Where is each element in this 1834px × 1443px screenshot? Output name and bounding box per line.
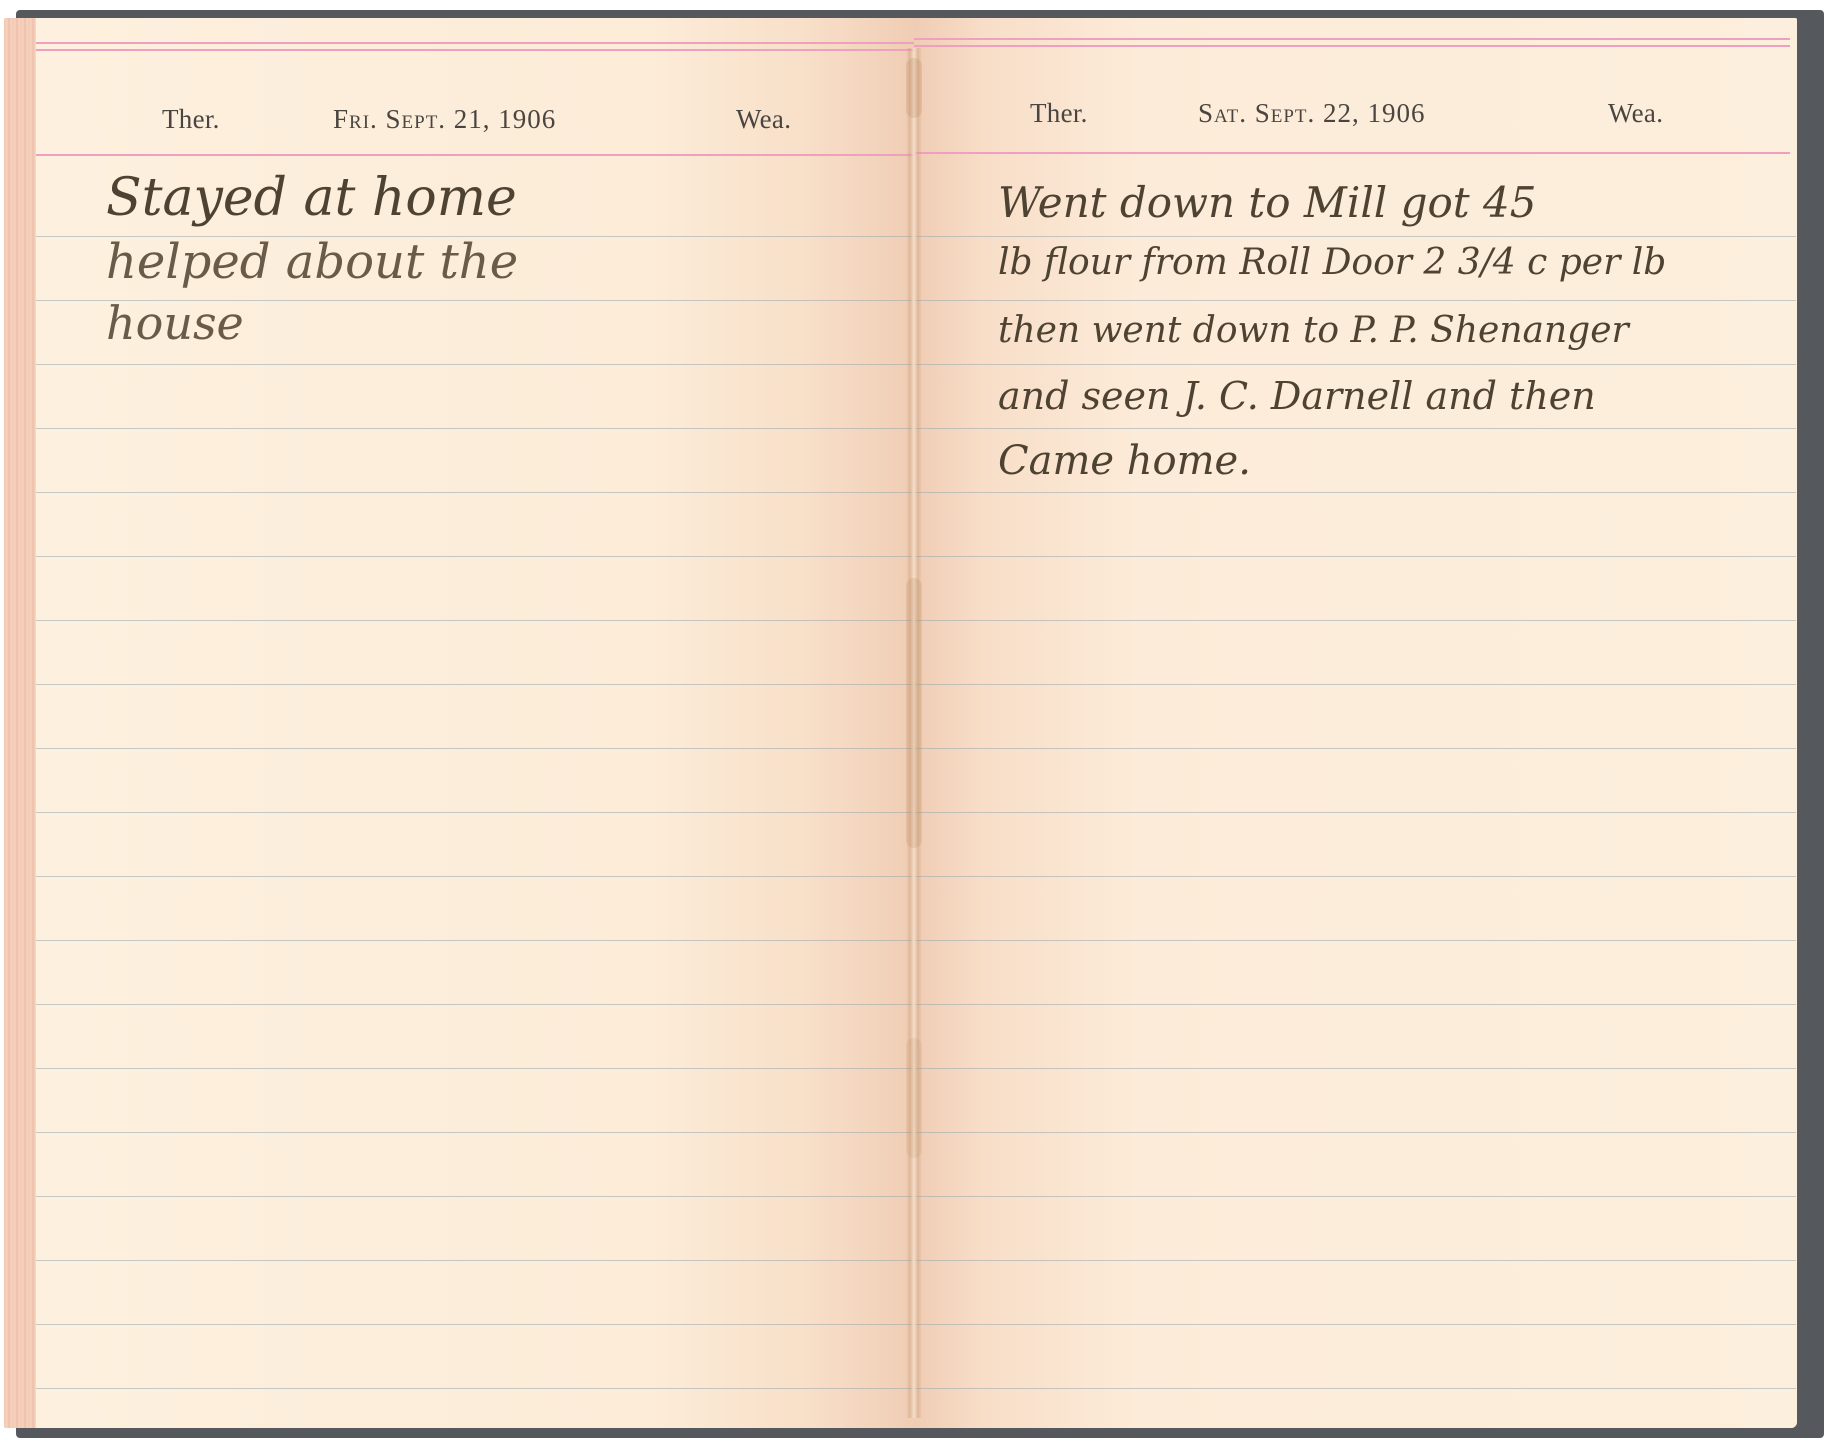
date-heading: Sat. Sept. 22, 1906 (1198, 98, 1426, 129)
entry-line-2: lb flour from Roll Door 2 3/4 c per lb (998, 242, 1666, 283)
header-bottom-rule (914, 152, 1790, 154)
entry-line-2: helped about the (106, 234, 518, 290)
open-diary-spread: Ther. Fri. Sept. 21, 1906 Wea. Stayed at… (4, 18, 1797, 1428)
header-top-rule-2 (36, 49, 914, 51)
thermometer-label: Ther. (1030, 98, 1088, 129)
gutter-stain (906, 58, 922, 118)
date-heading: Fri. Sept. 21, 1906 (333, 104, 556, 135)
diary-scan: Ther. Fri. Sept. 21, 1906 Wea. Stayed at… (0, 0, 1834, 1443)
entry-line-1: Went down to Mill got 45 (998, 178, 1536, 227)
entry-line-3: house (106, 296, 244, 350)
header-top-rule (36, 42, 914, 44)
thermometer-label: Ther. (162, 104, 220, 135)
entry-line-4: and seen J. C. Darnell and then (998, 374, 1596, 418)
entry-line-5: Came home. (998, 438, 1251, 484)
header-top-rule-2 (914, 45, 1790, 47)
header-bottom-rule (36, 154, 914, 156)
entry-line-1: Stayed at home (106, 168, 517, 228)
right-page: Ther. Sat. Sept. 22, 1906 Wea. Went down… (914, 18, 1797, 1428)
left-page: Ther. Fri. Sept. 21, 1906 Wea. Stayed at… (36, 18, 914, 1428)
gutter-stain (906, 578, 922, 848)
entry-line-3: then went down to P. P. Shenanger (998, 310, 1629, 351)
gutter-stain (906, 1038, 922, 1158)
header-top-rule (914, 38, 1790, 40)
weather-label: Wea. (1608, 98, 1663, 129)
weather-label: Wea. (736, 104, 791, 135)
page-edges (4, 18, 37, 1428)
